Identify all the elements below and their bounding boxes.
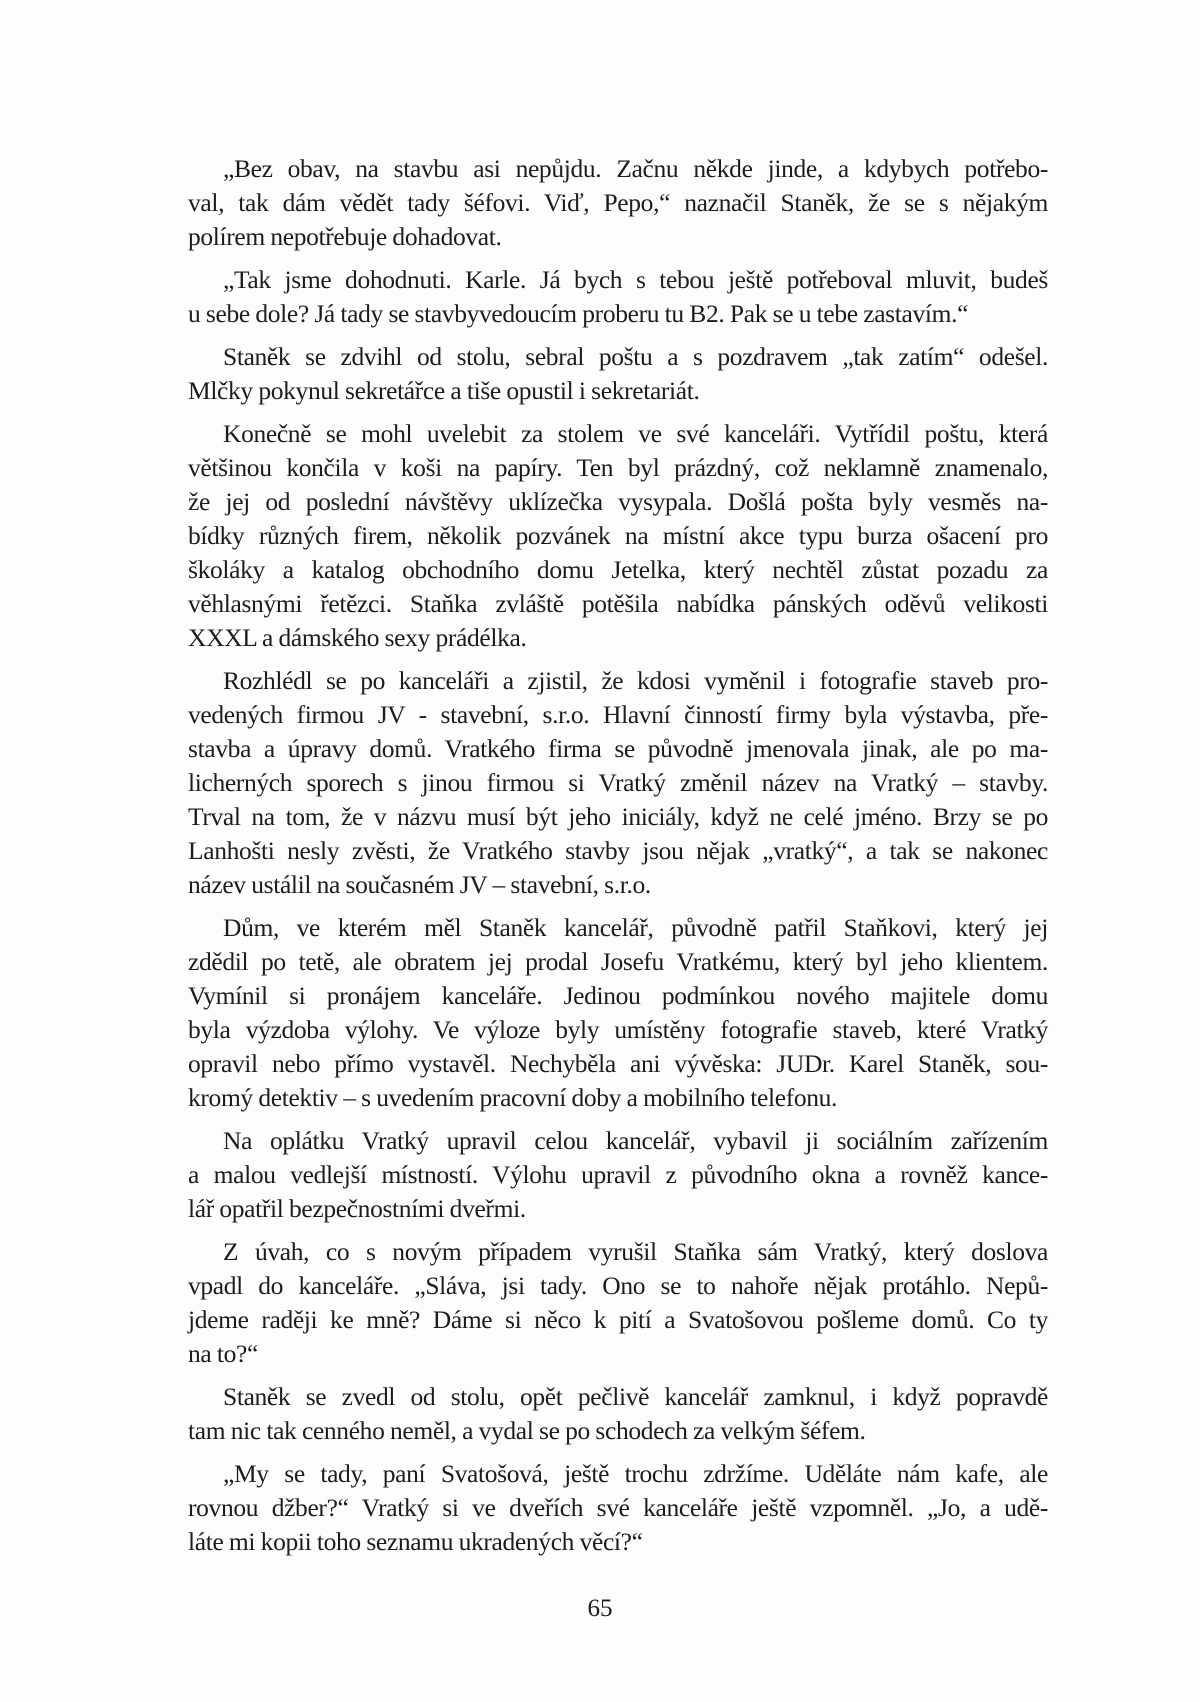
text-line: věhlasnými řetězci. Staňka zvláště potěš…	[188, 587, 1048, 621]
text-line: jdeme raději ke mně? Dáme si něco k pití…	[188, 1303, 1048, 1337]
text-line: a malou vedlejší místností. Výlohu uprav…	[188, 1158, 1048, 1192]
text-line: Mlčky pokynul sekretářce a tiše opustil …	[188, 374, 1048, 408]
text-line: Konečně se mohl uvelebit za stolem ve sv…	[188, 417, 1048, 451]
paragraph: Na oplátku Vratký upravil celou kancelář…	[188, 1124, 1048, 1226]
paragraph: Rozhlédl se po kanceláři a zjistil, že k…	[188, 664, 1048, 902]
text-line: val, tak dám vědět tady šéfovi. Viď, Pep…	[188, 186, 1048, 220]
text-line: „Tak jsme dohodnuti. Karle. Já bych s te…	[188, 263, 1048, 297]
text-line: Trval na tom, že v názvu musí být jeho i…	[188, 800, 1048, 834]
text-line: Lanhošti nesly zvěsti, že Vratkého stavb…	[188, 834, 1048, 868]
text-line: Staněk se zvedl od stolu, opět pečlivě k…	[188, 1380, 1048, 1414]
paragraph: Z úvah, co s novým případem vyrušil Staň…	[188, 1235, 1048, 1371]
text-line: vedených firmou JV - stavební, s.r.o. Hl…	[188, 698, 1048, 732]
text-line: rovnou džber?“ Vratký si ve dveřích své …	[188, 1491, 1048, 1525]
text-line: licherných sporech s jinou firmou si Vra…	[188, 766, 1048, 800]
text-line: XXXL a dámského sexy prádélka.	[188, 621, 1048, 655]
text-line: většinou končila v koši na papíry. Ten b…	[188, 451, 1048, 485]
text-line: Dům, ve kterém měl Staněk kancelář, půvo…	[188, 911, 1048, 945]
text-line: na to?“	[188, 1337, 1048, 1371]
text-line: Vymínil si pronájem kanceláře. Jedinou p…	[188, 979, 1048, 1013]
text-line: lář opatřil bezpečnostními dveřmi.	[188, 1192, 1048, 1226]
text-line: kromý detektiv – s uvedením pracovní dob…	[188, 1081, 1048, 1115]
text-line: „My se tady, paní Svatošová, ještě troch…	[188, 1457, 1048, 1491]
page-number: 65	[0, 1594, 1200, 1624]
text-line: Rozhlédl se po kanceláři a zjistil, že k…	[188, 664, 1048, 698]
text-line: u sebe dole? Já tady se stavbyvedoucím p…	[188, 297, 1048, 331]
paragraph: „Bez obav, na stavbu asi nepůjdu. Začnu …	[188, 152, 1048, 254]
text-line: „Bez obav, na stavbu asi nepůjdu. Začnu …	[188, 152, 1048, 186]
paragraph: Staněk se zdvihl od stolu, sebral poštu …	[188, 340, 1048, 408]
text-line: tam nic tak cenného neměl, a vydal se po…	[188, 1414, 1048, 1448]
text-line: opravil nebo přímo vystavěl. Nechyběla a…	[188, 1047, 1048, 1081]
text-line: polírem nepotřebuje dohadovat.	[188, 220, 1048, 254]
paragraph: Konečně se mohl uvelebit za stolem ve sv…	[188, 417, 1048, 655]
text-line: název ustálil na současném JV – stavební…	[188, 868, 1048, 902]
text-line: byla výzdoba výlohy. Ve výloze byly umís…	[188, 1013, 1048, 1047]
text-line: školáky a katalog obchodního domu Jetelk…	[188, 553, 1048, 587]
paragraph: Staněk se zvedl od stolu, opět pečlivě k…	[188, 1380, 1048, 1448]
text-line: láte mi kopii toho seznamu ukradených vě…	[188, 1525, 1048, 1559]
paragraph: „Tak jsme dohodnuti. Karle. Já bych s te…	[188, 263, 1048, 331]
text-line: stavba a úpravy domů. Vratkého firma se …	[188, 732, 1048, 766]
text-line: bídky různých firem, několik pozvánek na…	[188, 519, 1048, 553]
text-line: Z úvah, co s novým případem vyrušil Staň…	[188, 1235, 1048, 1269]
text-line: Na oplátku Vratký upravil celou kancelář…	[188, 1124, 1048, 1158]
paragraph: Dům, ve kterém měl Staněk kancelář, půvo…	[188, 911, 1048, 1115]
paragraph: „My se tady, paní Svatošová, ještě troch…	[188, 1457, 1048, 1559]
text-line: zdědil po tetě, ale obratem jej prodal J…	[188, 945, 1048, 979]
book-page: „Bez obav, na stavbu asi nepůjdu. Začnu …	[0, 0, 1200, 1702]
text-line: vpadl do kanceláře. „Sláva, jsi tady. On…	[188, 1269, 1048, 1303]
body-text: „Bez obav, na stavbu asi nepůjdu. Začnu …	[188, 152, 1048, 1568]
text-line: Staněk se zdvihl od stolu, sebral poštu …	[188, 340, 1048, 374]
text-line: že jej od poslední návštěvy uklízečka vy…	[188, 485, 1048, 519]
